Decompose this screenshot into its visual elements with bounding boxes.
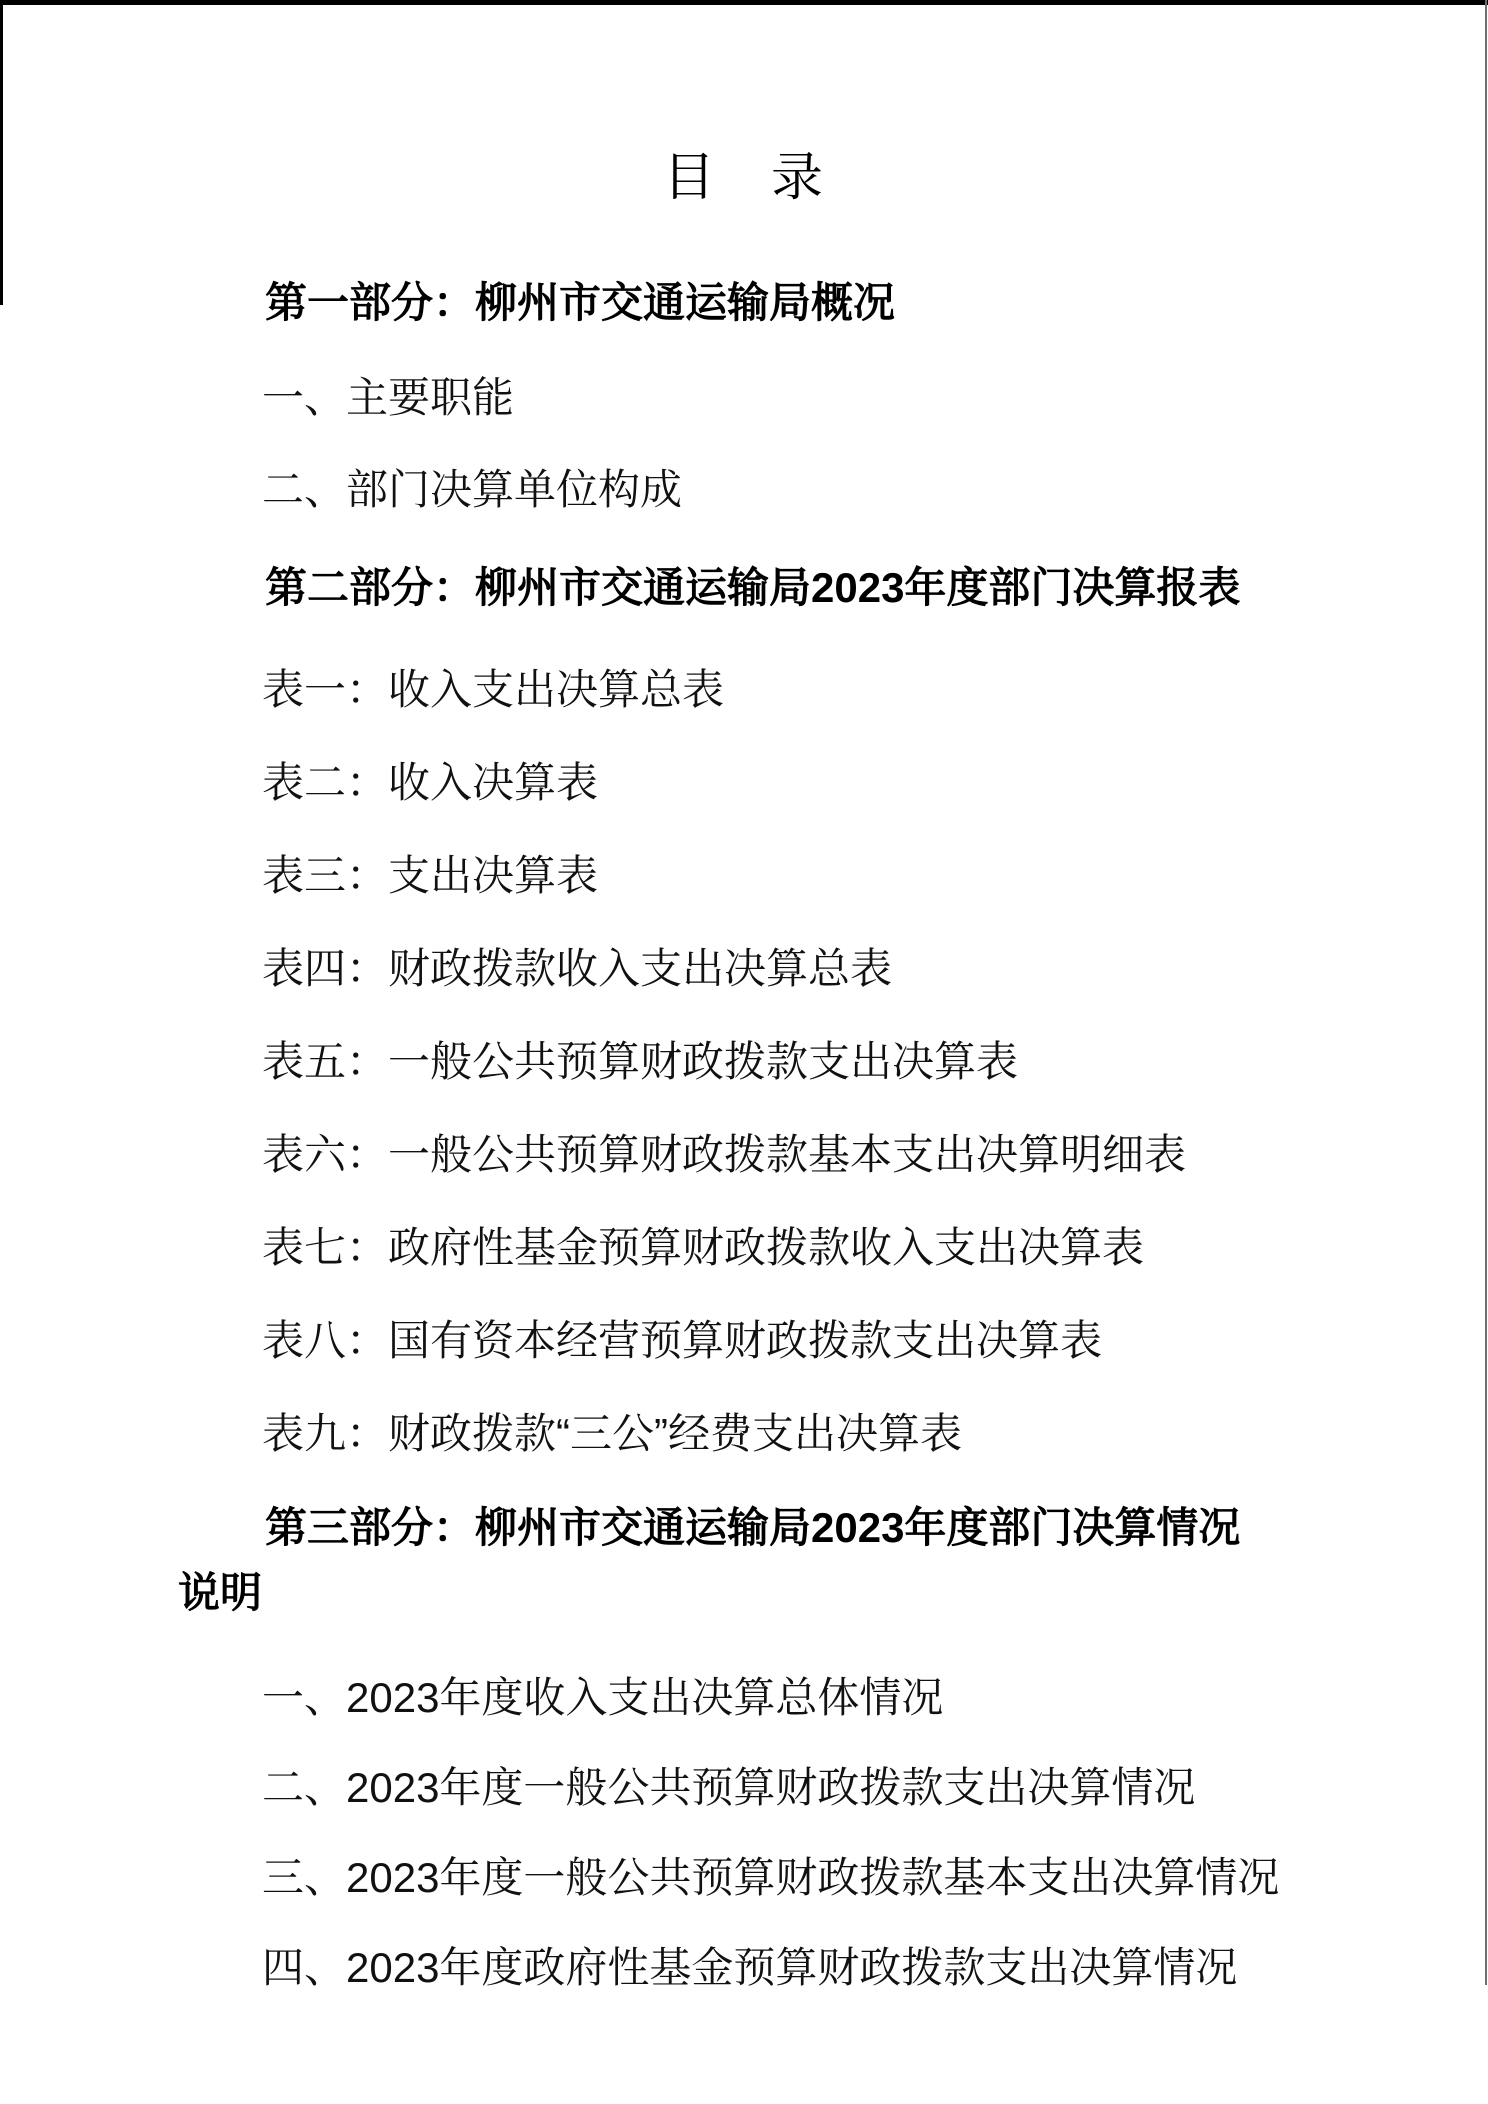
toc-line: 二、2023年度一般公共预算财政拨款支出决算情况 bbox=[0, 1767, 1488, 1809]
toc-line: 表三：支出决算表 bbox=[0, 855, 1488, 897]
toc-line: 表五：一般公共预算财政拨款支出决算表 bbox=[0, 1041, 1488, 1083]
toc-line: 二、部门决算单位构成 bbox=[0, 469, 1488, 511]
toc-line: 表四：财政拨款收入支出决算总表 bbox=[0, 948, 1488, 990]
toc-list: 第一部分：柳州市交通运输局概况一、主要职能二、部门决算单位构成第二部分：柳州市交… bbox=[0, 282, 1488, 1989]
toc-line: 表六：一般公共预算财政拨款基本支出决算明细表 bbox=[0, 1134, 1488, 1176]
toc-line: 一、主要职能 bbox=[0, 377, 1488, 419]
document-page: 目 录 第一部分：柳州市交通运输局概况一、主要职能二、部门决算单位构成第二部分：… bbox=[0, 0, 1488, 2104]
toc-line: 三、2023年度一般公共预算财政拨款基本支出决算情况 bbox=[0, 1857, 1488, 1899]
toc-line: 表一：收入支出决算总表 bbox=[0, 669, 1488, 711]
toc-line: 第二部分：柳州市交通运输局2023年度部门决算报表 bbox=[0, 567, 1488, 609]
toc-line: 表二：收入决算表 bbox=[0, 762, 1488, 804]
scan-edge-left bbox=[0, 0, 3, 305]
scan-edge-top bbox=[0, 0, 1488, 5]
toc-line: 四、2023年度政府性基金预算财政拨款支出决算情况 bbox=[0, 1947, 1488, 1989]
toc-line: 第一部分：柳州市交通运输局概况 bbox=[0, 282, 1488, 324]
toc-line: 第三部分：柳州市交通运输局2023年度部门决算情况 bbox=[0, 1507, 1488, 1549]
toc-line: 表八：国有资本经营预算财政拨款支出决算表 bbox=[0, 1320, 1488, 1362]
toc-line: 表七：政府性基金预算财政拨款收入支出决算表 bbox=[0, 1227, 1488, 1269]
toc-line: 表九：财政拨款“三公”经费支出决算表 bbox=[0, 1413, 1488, 1455]
toc-line: 说明 bbox=[0, 1572, 1488, 1614]
page-title: 目 录 bbox=[0, 152, 1488, 204]
toc-line: 一、2023年度收入支出决算总体情况 bbox=[0, 1677, 1488, 1719]
